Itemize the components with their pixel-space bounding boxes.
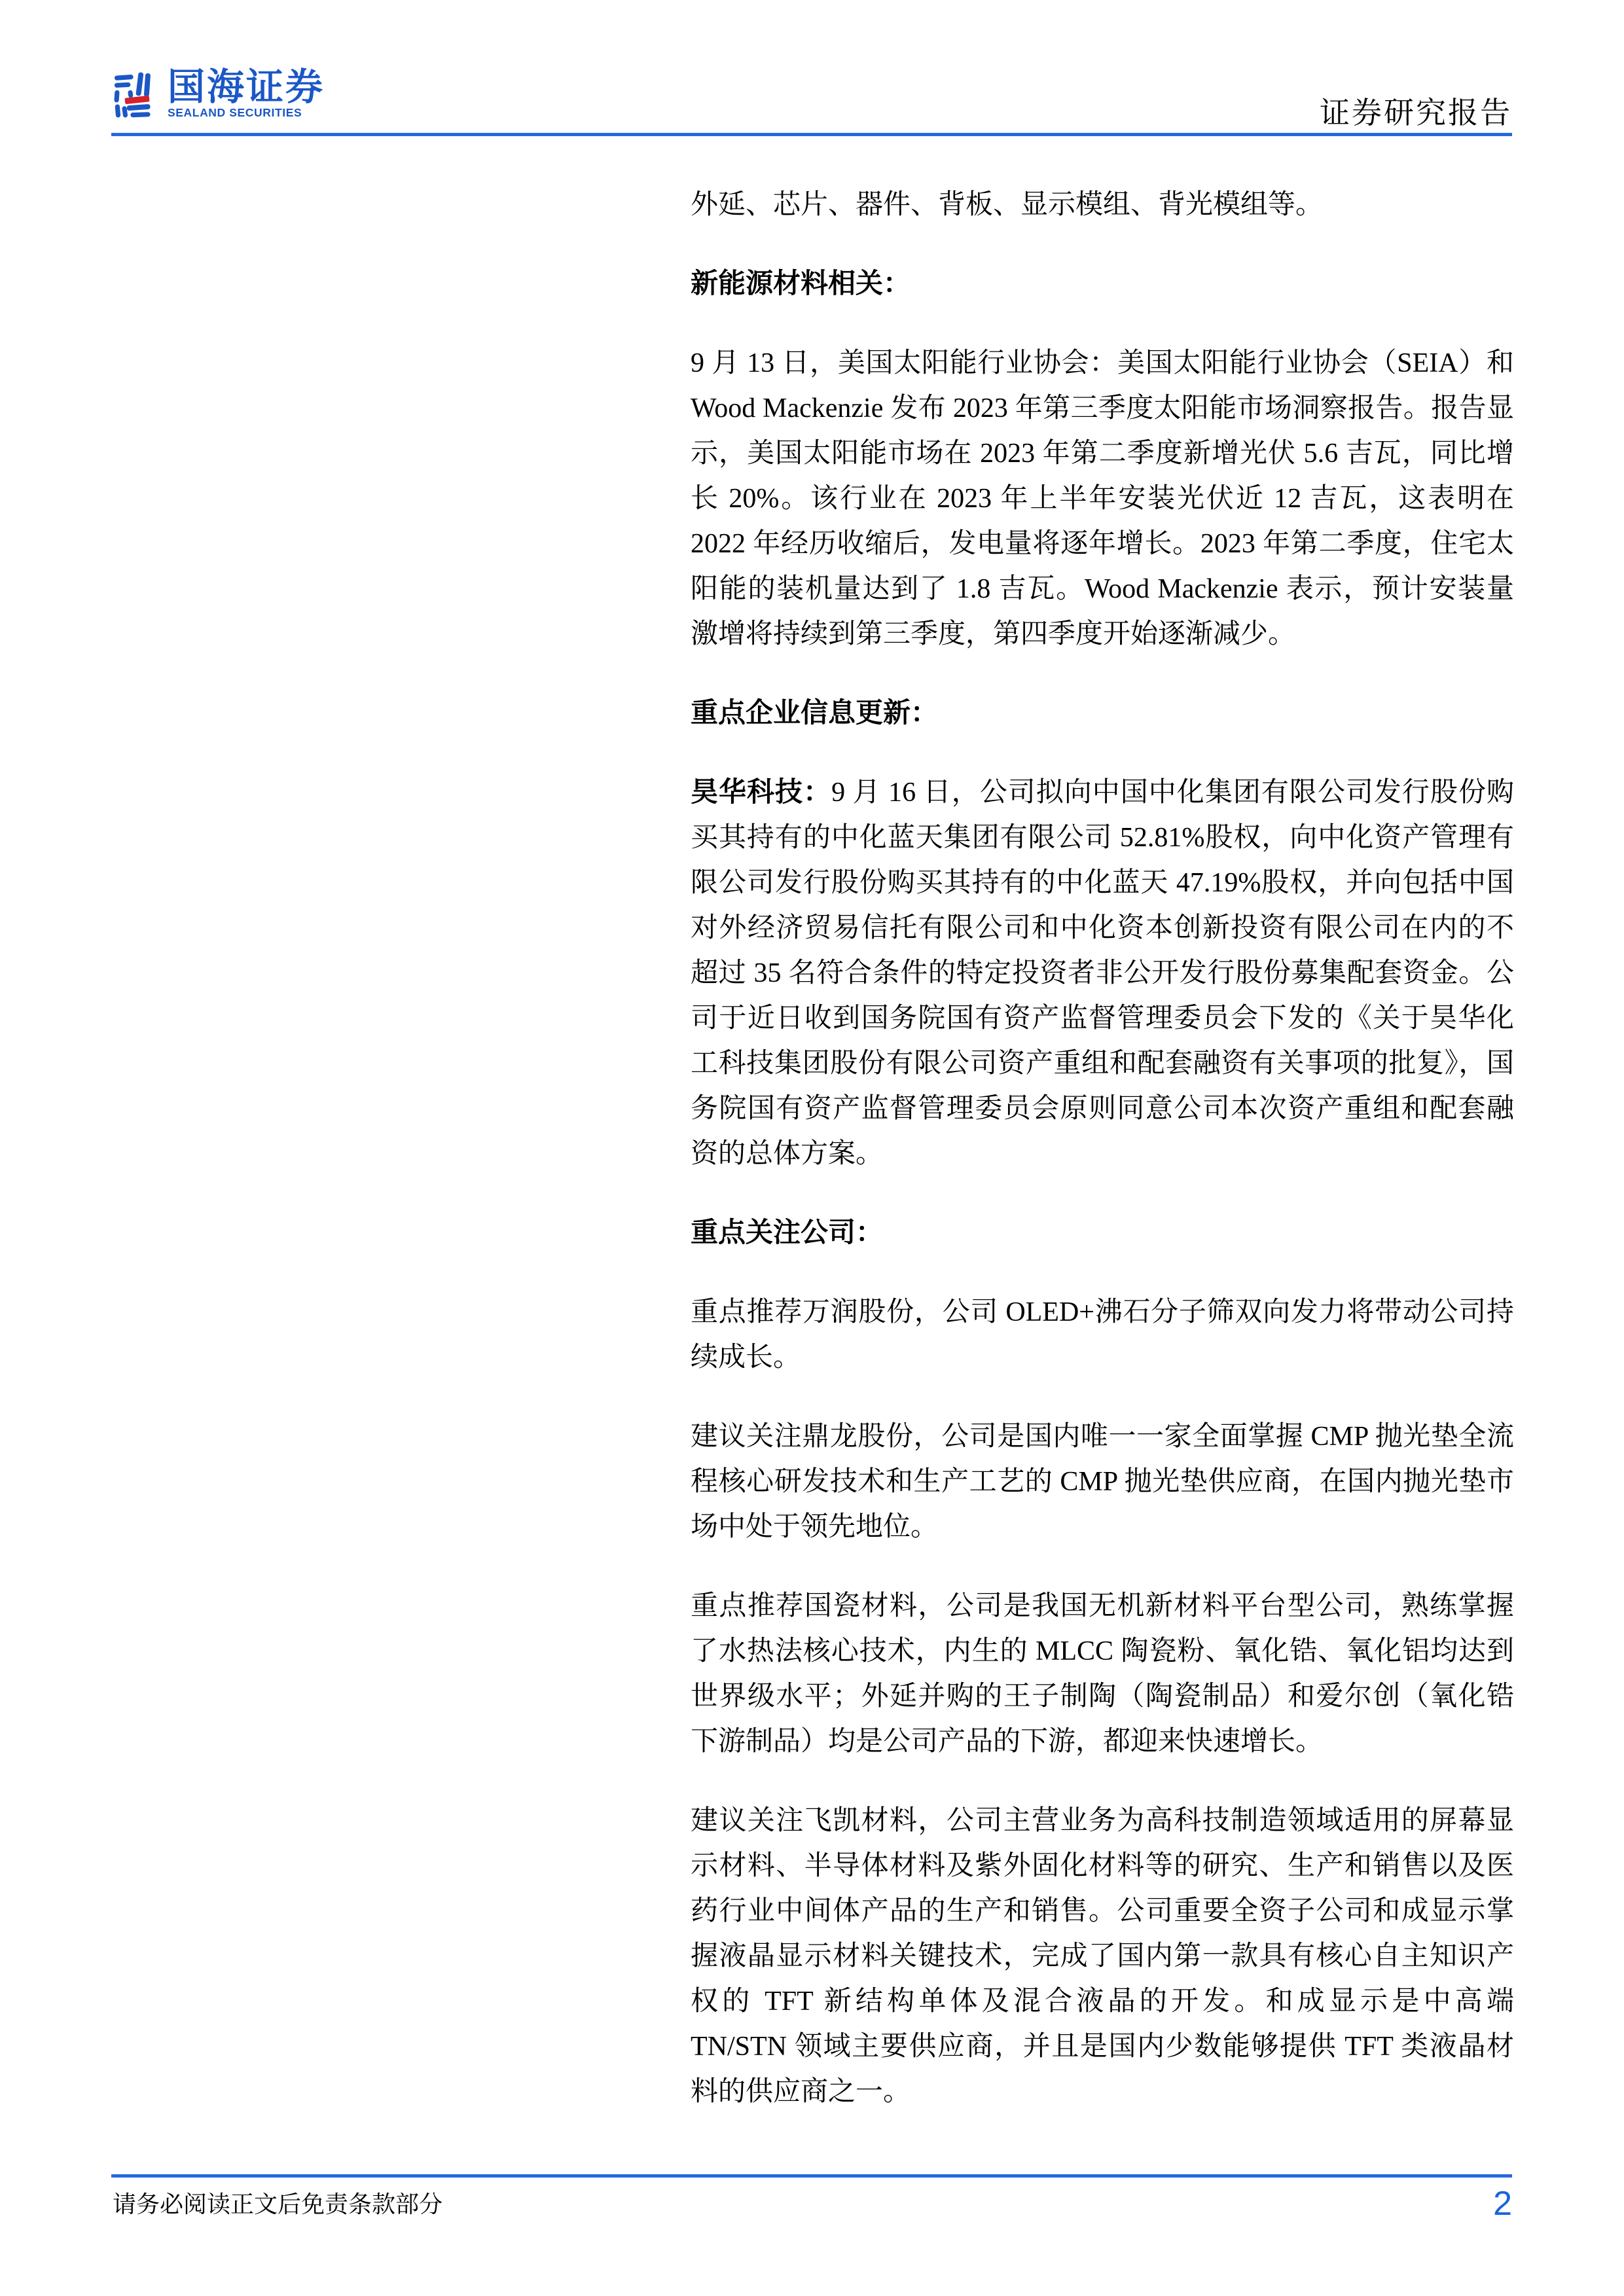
- report-type-label: 证券研究报告: [1320, 97, 1512, 130]
- paragraph-dinglong: 建议关注鼎龙股份，公司是国内唯一一家全面掌握 CMP 抛光垫全流程核心研发技术和…: [691, 1414, 1514, 1550]
- paragraph-seia-solar: 9 月 13 日，美国太阳能行业协会：美国太阳能行业协会（SEIA）和 Wood…: [691, 341, 1514, 657]
- sealand-logo-text: 国海证券 SEALAND SECURITIES: [168, 68, 325, 119]
- paragraph-guoci: 重点推荐国瓷材料，公司是我国无机新材料平台型公司，熟练掌握了水热法核心技术，内生…: [691, 1584, 1514, 1765]
- heading-focus-companies: 重点关注公司：: [691, 1211, 1514, 1256]
- sealand-logo-icon: [113, 71, 160, 119]
- heading-key-company-updates: 重点企业信息更新：: [691, 691, 1514, 736]
- heading-new-energy-materials: 新能源材料相关：: [691, 262, 1514, 307]
- footer-disclaimer: 请务必阅读正文后免责条款部分: [113, 2191, 442, 2217]
- header-rule: [111, 133, 1512, 136]
- page-number: 2: [1493, 2186, 1512, 2221]
- paragraph-haohua-tech: 昊华科技：9 月 16 日，公司拟向中国中化集团有限公司发行股份购买其持有的中化…: [691, 770, 1514, 1177]
- report-page: 国海证券 SEALAND SECURITIES 证券研究报告 外延、芯片、器件、…: [0, 0, 1624, 2296]
- paragraph-wanrun: 重点推荐万润股份，公司 OLED+沸石分子筛双向发力将带动公司持续成长。: [691, 1290, 1514, 1380]
- logo-name-cn: 国海证券: [168, 68, 325, 106]
- body-content: 外延、芯片、器件、背板、显示模组、背光模组等。新能源材料相关：9 月 13 日，…: [691, 183, 1514, 2149]
- paragraph-led-chain-tail: 外延、芯片、器件、背板、显示模组、背光模组等。: [691, 183, 1514, 228]
- sealand-logo: 国海证券 SEALAND SECURITIES: [113, 68, 325, 119]
- logo-name-en: SEALAND SECURITIES: [168, 106, 325, 119]
- paragraph-feikai: 建议关注飞凯材料，公司主营业务为高科技制造领域适用的屏幕显示材料、半导体材料及紫…: [691, 1799, 1514, 2115]
- footer-rule: [111, 2174, 1512, 2178]
